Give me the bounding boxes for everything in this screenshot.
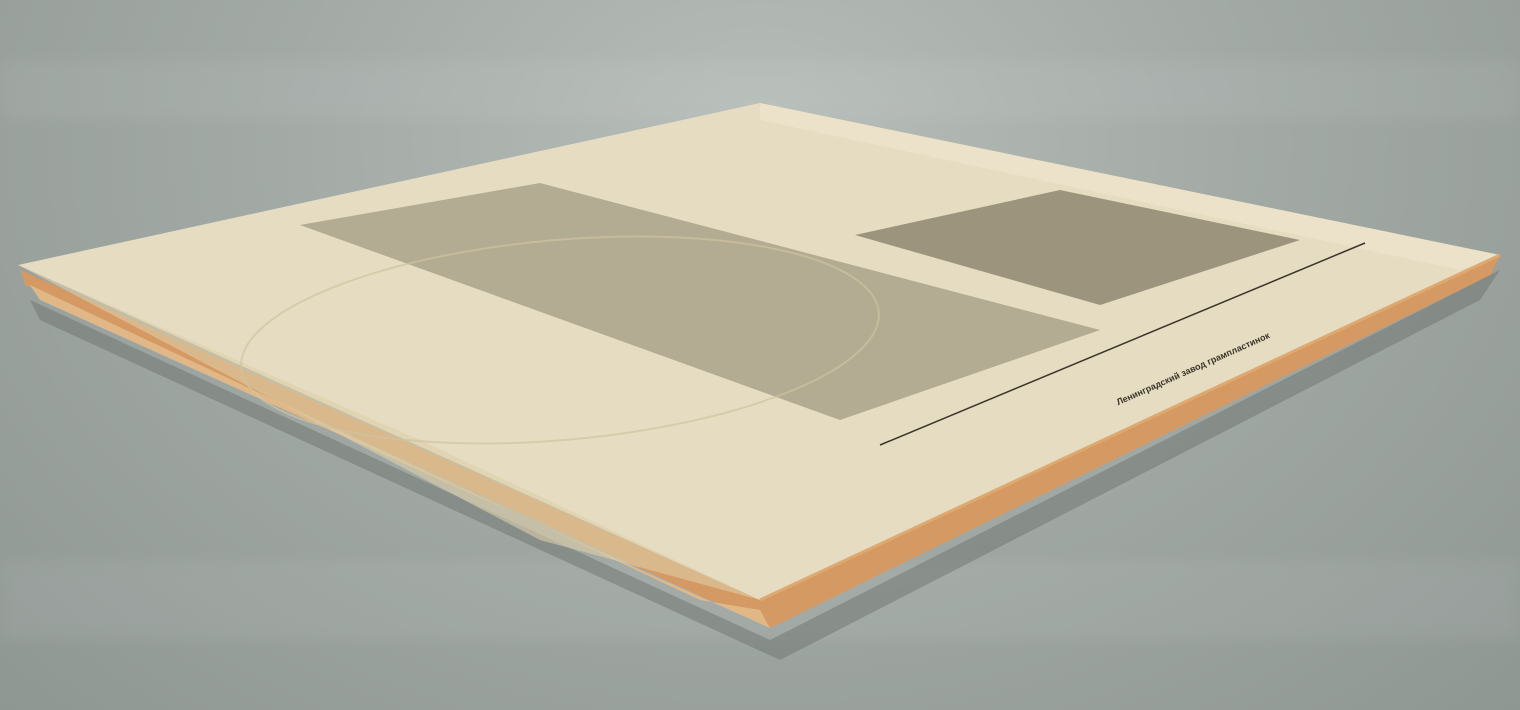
record-sleeve: [0, 0, 1520, 710]
photo-scene: Ленинградский завод грампластинок: [0, 0, 1520, 710]
